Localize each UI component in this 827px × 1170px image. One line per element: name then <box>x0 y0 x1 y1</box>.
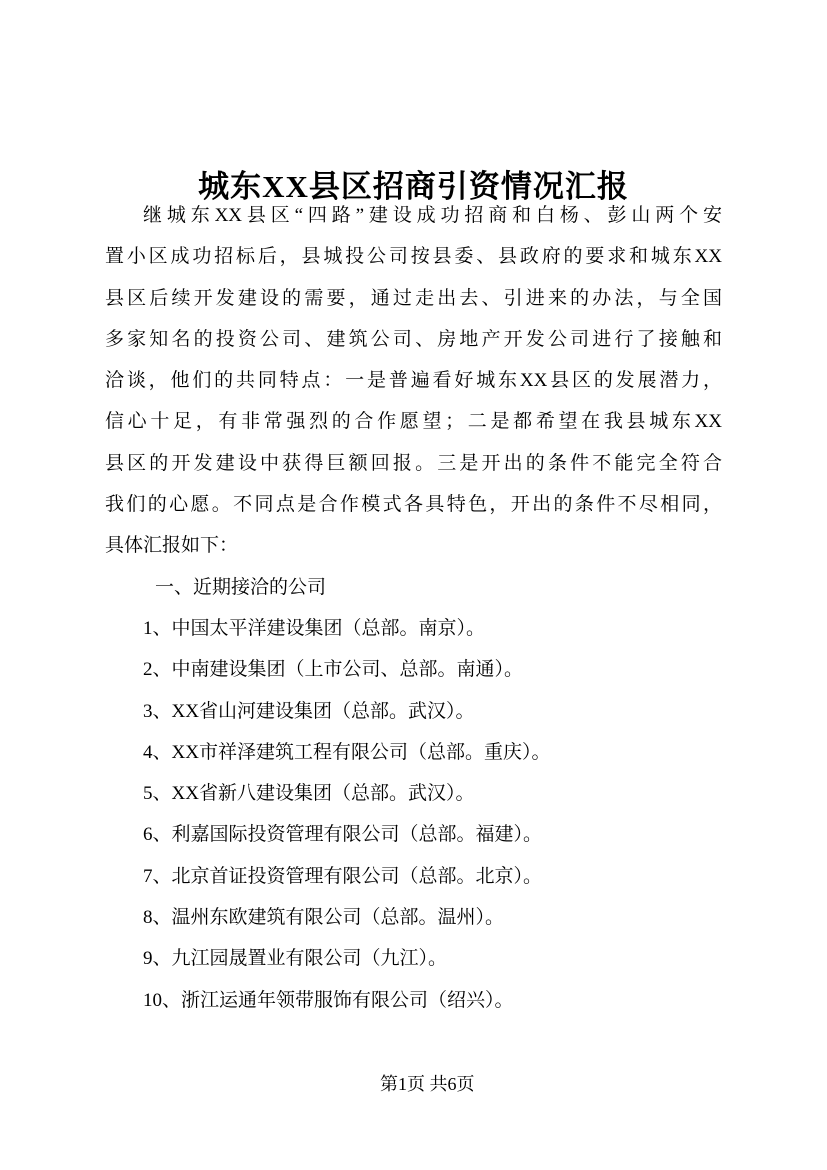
company-list-item: 7、北京首证投资管理有限公司（总部。北京）。 <box>105 856 722 897</box>
company-list-item: 8、温州东欧建筑有限公司（总部。温州）。 <box>105 897 722 938</box>
company-list-item: 2、中南建设集团（上市公司、总部。南通）。 <box>105 649 722 690</box>
company-list-item: 6、利嘉国际投资管理有限公司（总部。福建）。 <box>105 814 722 855</box>
section-heading: 一、近期接洽的公司 <box>105 567 722 608</box>
company-list-item: 4、XX市祥泽建筑工程有限公司（总部。重庆）。 <box>105 732 722 773</box>
paragraph-line: 具体汇报如下： <box>105 525 722 566</box>
paragraph-line: 县区的开发建设中获得巨额回报。三是开出的条件不能完全符合 <box>105 443 722 484</box>
page-number-footer: 第1页 共6页 <box>380 1072 475 1096</box>
company-list-item: 10、浙江运通年领带服饰有限公司（绍兴）。 <box>105 980 722 1021</box>
intro-paragraph: 继城东XX县区“四路”建设成功招商和白杨、彭山两个安置小区成功招标后，县城投公司… <box>105 195 722 567</box>
company-list-item: 3、XX省山河建设集团（总部。武汉）。 <box>105 691 722 732</box>
document-page: 城东XX县区招商引资情况汇报 继城东XX县区“四路”建设成功招商和白杨、彭山两个… <box>0 0 827 1170</box>
paragraph-line: 县区后续开发建设的需要，通过走出去、引进来的办法，与全国 <box>105 278 722 319</box>
company-list: 1、中国太平洋建设集团（总部。南京）。2、中南建设集团（上市公司、总部。南通）。… <box>105 608 722 1021</box>
company-list-item: 5、XX省新八建设集团（总部。武汉）。 <box>105 773 722 814</box>
paragraph-line: 信心十足，有非常强烈的合作愿望；二是都希望在我县城东XX <box>105 401 722 442</box>
paragraph-line: 继城东XX县区“四路”建设成功招商和白杨、彭山两个安 <box>105 195 722 236</box>
company-list-item: 9、九江园晟置业有限公司（九江）。 <box>105 938 722 979</box>
paragraph-line: 多家知名的投资公司、建筑公司、房地产开发公司进行了接触和 <box>105 319 722 360</box>
paragraph-line: 洽谈，他们的共同特点：一是普遍看好城东XX县区的发展潜力， <box>105 360 722 401</box>
paragraph-line: 置小区成功招标后，县城投公司按县委、县政府的要求和城东XX <box>105 236 722 277</box>
company-list-item: 1、中国太平洋建设集团（总部。南京）。 <box>105 608 722 649</box>
paragraph-line: 我们的心愿。不同点是合作模式各具特色，开出的条件不尽相同， <box>105 484 722 525</box>
document-body: 继城东XX县区“四路”建设成功招商和白杨、彭山两个安置小区成功招标后，县城投公司… <box>105 195 722 1021</box>
